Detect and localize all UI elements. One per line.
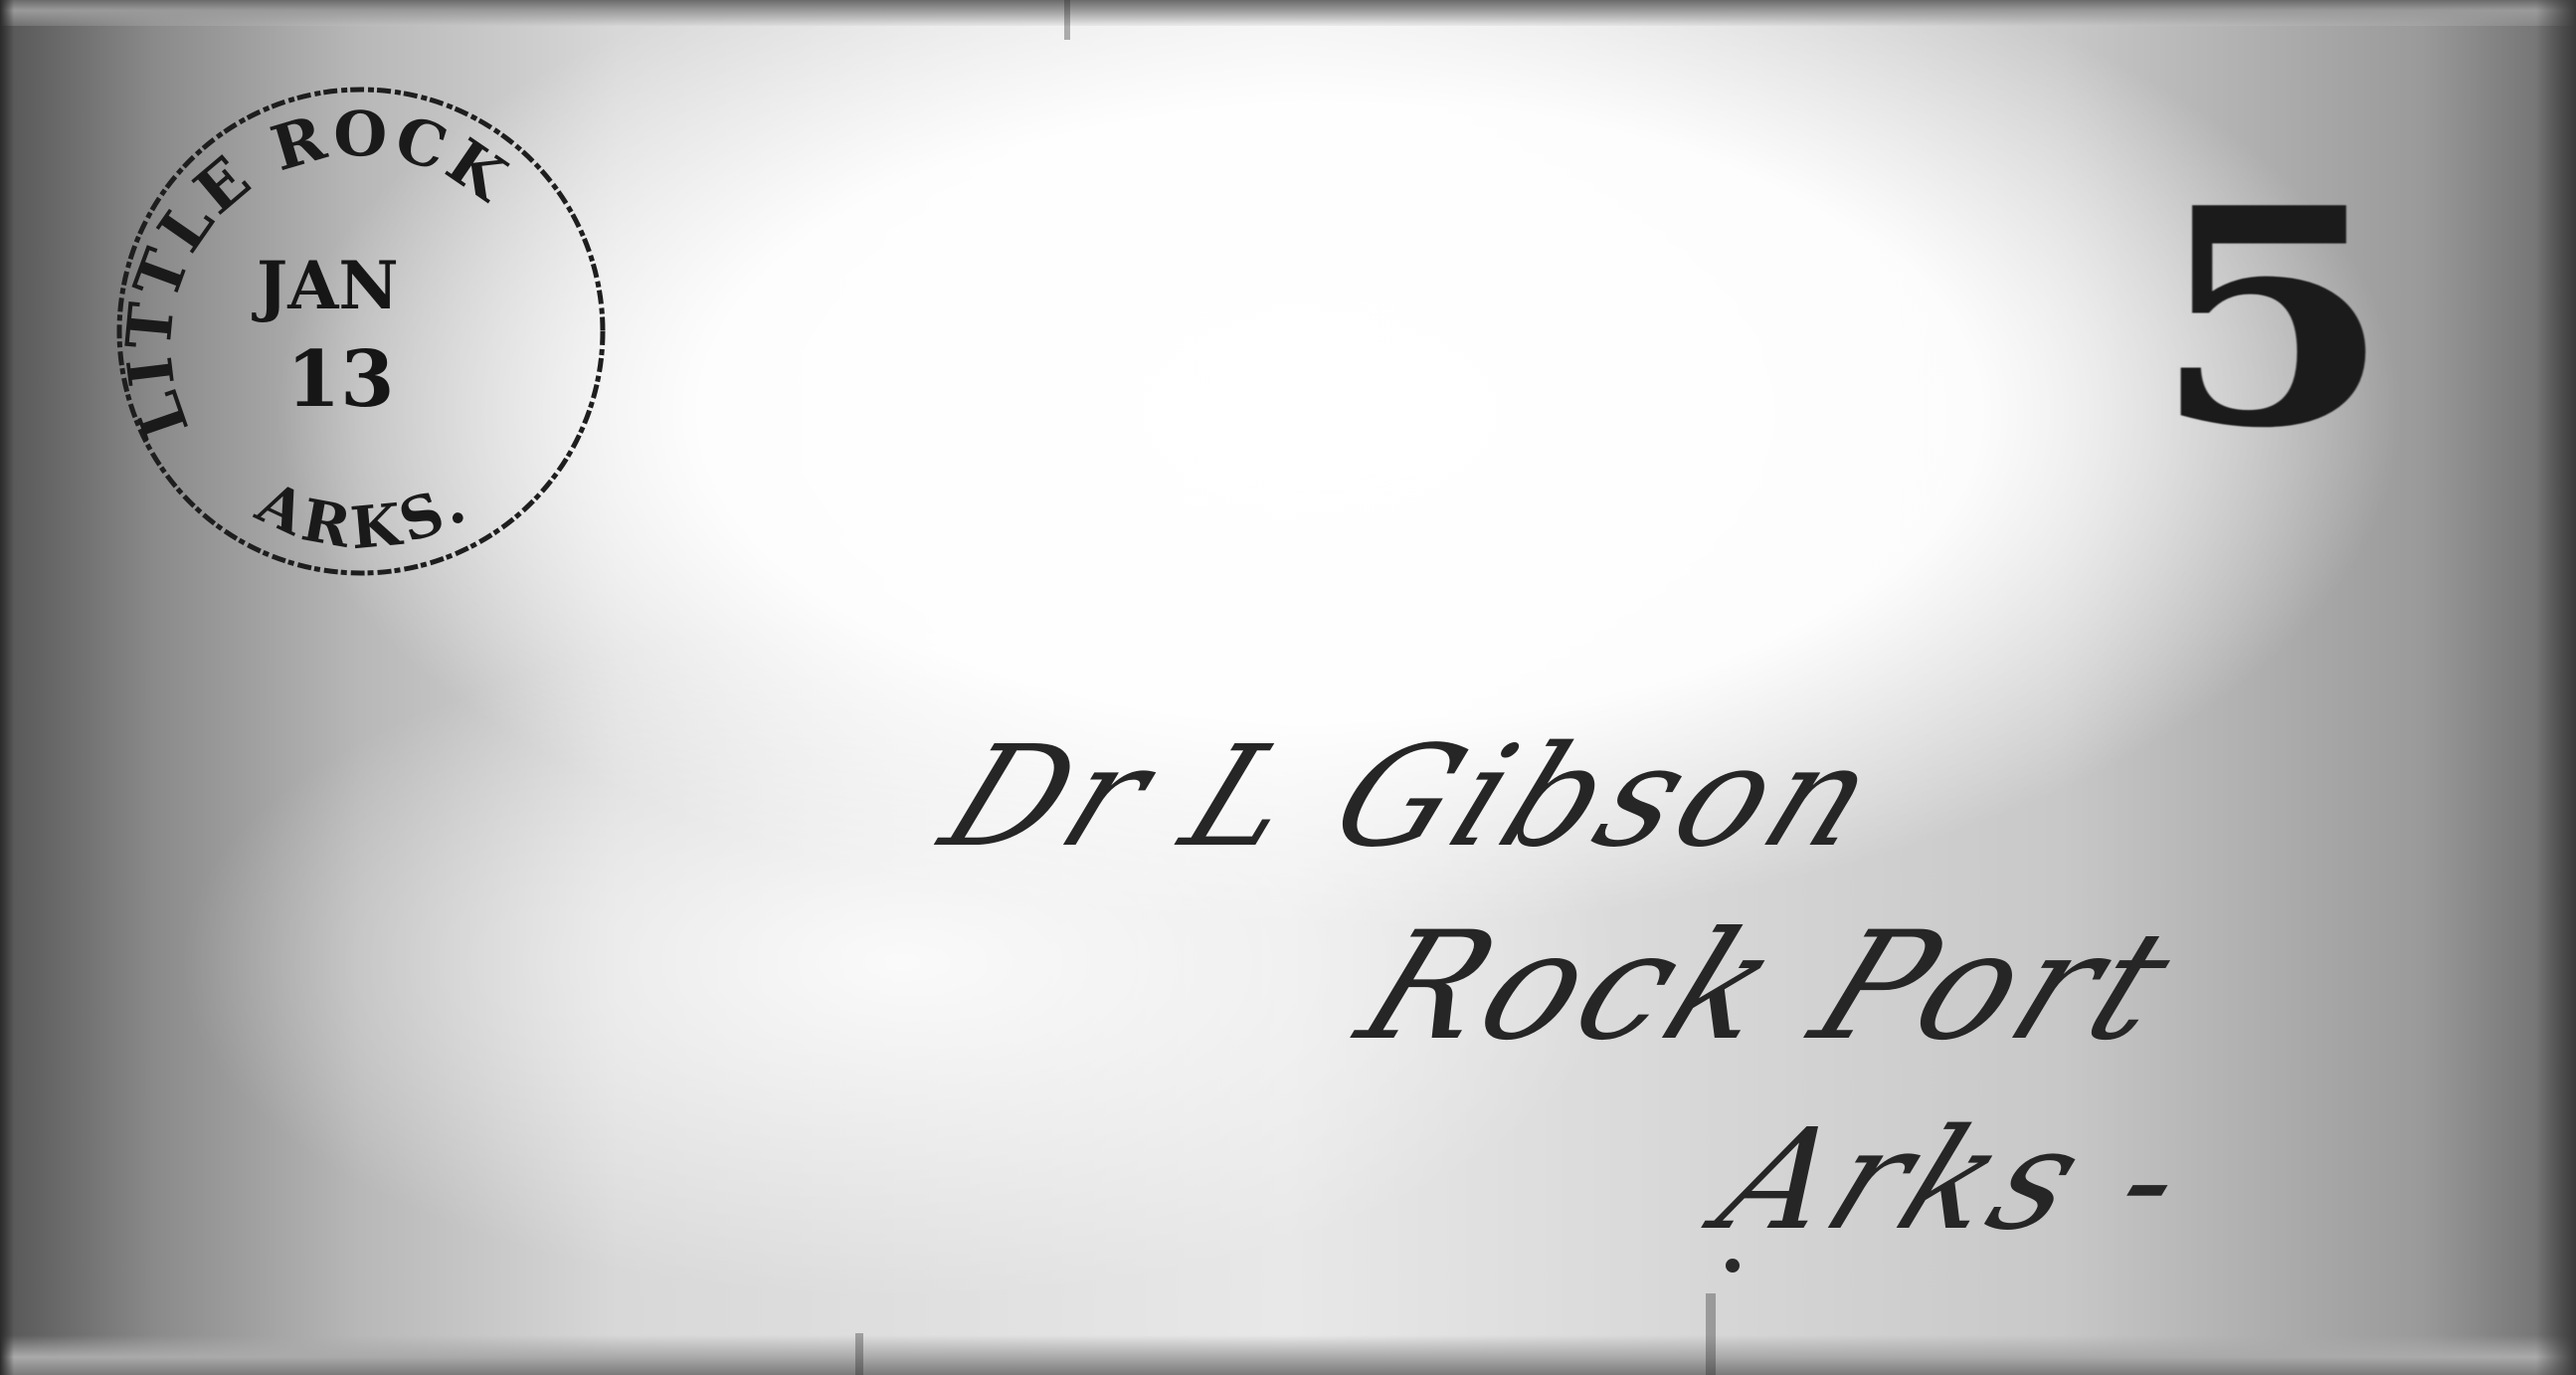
postmark-day: 13 [286, 334, 395, 425]
envelope-left-edge [0, 0, 14, 1375]
postmark-graphic: LITTLE ROCK ARKS. JAN 13 [107, 78, 615, 585]
postmark: LITTLE ROCK ARKS. JAN 13 [107, 78, 615, 585]
rate-mark: 5 [2152, 169, 2391, 468]
fold-mark [1064, 0, 1070, 40]
postmark-month: JAN [252, 247, 399, 324]
envelope-top-edge [0, 0, 2576, 26]
postmark-state: ARKS. [246, 468, 480, 563]
fold-mark [1706, 1293, 1716, 1375]
envelope-bottom-edge [0, 1335, 2576, 1375]
envelope-right-edge [2536, 0, 2576, 1375]
ink-speck [1726, 1259, 1740, 1273]
fold-mark [855, 1333, 863, 1375]
